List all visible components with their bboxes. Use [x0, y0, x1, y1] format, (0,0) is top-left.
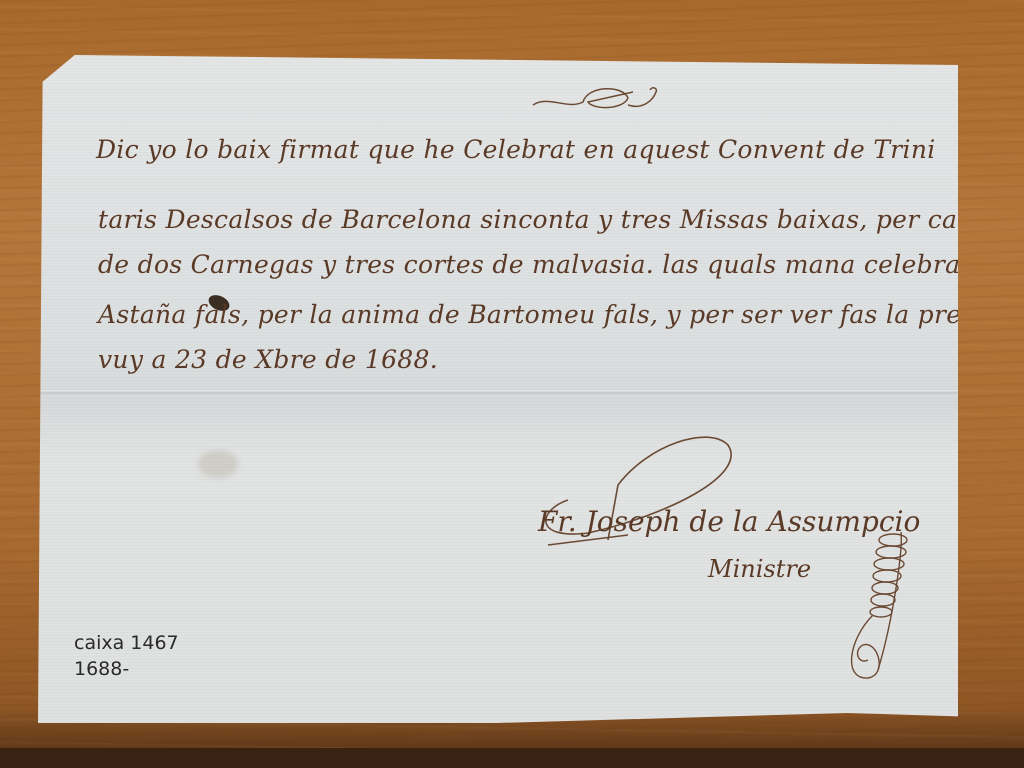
manuscript-line-2: taris Descalsos de Barcelona sinconta y …: [98, 205, 1024, 234]
manuscript-line-3: de dos Carnegas y tres cortes de malvasi…: [98, 250, 973, 279]
paper-fold-crease: [38, 390, 958, 396]
rubric-flourish-icon: [833, 520, 923, 690]
manuscript-line-1: Dic yo lo baix firmat que he Celebrat en…: [96, 135, 936, 164]
manuscript-line-4: Astaña fals, per la anima de Bartomeu fa…: [98, 300, 1016, 329]
archive-note: caixa 1467 1688-: [74, 630, 179, 682]
archive-year: 1688-: [74, 656, 179, 682]
header-flourish-icon: [528, 80, 668, 120]
signature-title: Ministre: [708, 555, 811, 583]
manuscript-page: Dic yo lo baix firmat que he Celebrat en…: [38, 55, 958, 723]
paper-stain: [198, 450, 238, 478]
manuscript-line-5: vuy a 23 de Xbre de 1688.: [98, 345, 438, 374]
archive-box-number: caixa 1467: [74, 630, 179, 656]
table-edge: [0, 748, 1024, 768]
